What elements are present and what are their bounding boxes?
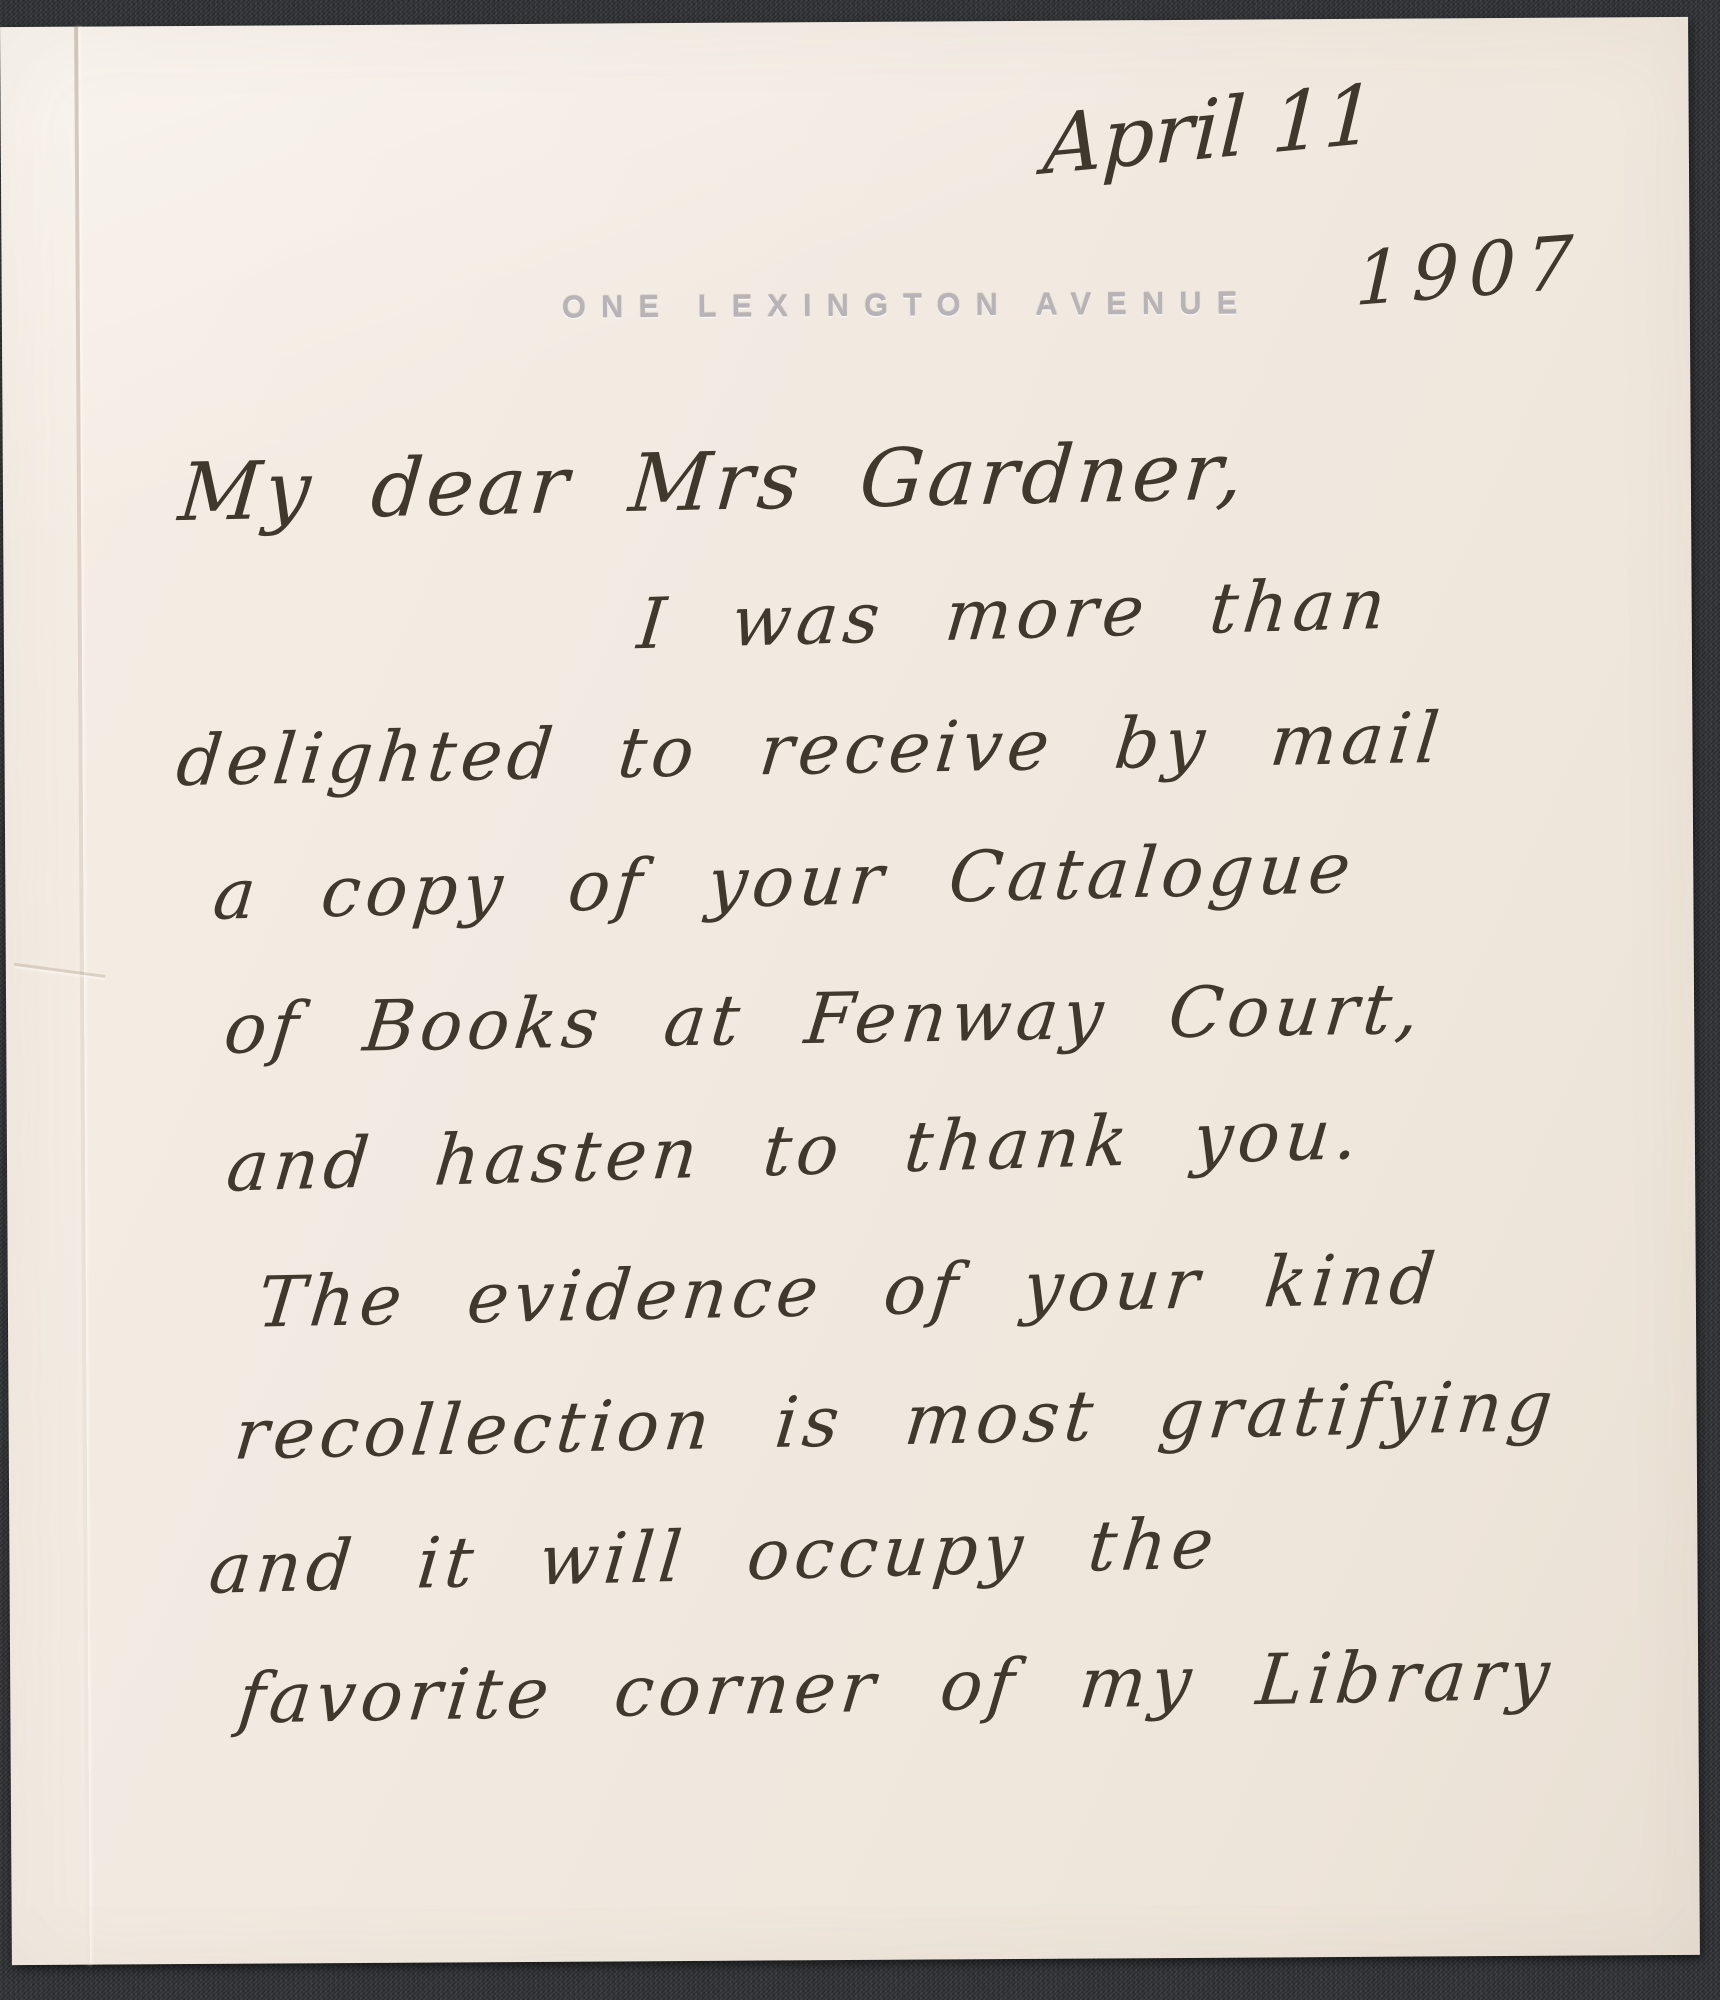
background-mat: ONE LEXINGTON AVENUE April 11 1907 My de… [0, 0, 1720, 2000]
body-line: and hasten to thank you. [223, 1093, 1366, 1208]
body-line: a copy of your Catalogue [210, 827, 1360, 936]
body-line: I was more than [634, 563, 1394, 666]
body-line: of Books at Fenway Court, [220, 968, 1428, 1070]
body-line: favorite corner of my Library [235, 1633, 1559, 1739]
salutation: My dear Mrs Gardner, [175, 425, 1251, 540]
fold-crease [74, 27, 90, 1965]
letter-paper: ONE LEXINGTON AVENUE April 11 1907 My de… [0, 17, 1700, 1965]
body-line: recollection is most gratifying [231, 1365, 1561, 1476]
body-line: The evidence of your kind [254, 1238, 1444, 1344]
date-year: 1907 [1354, 219, 1584, 323]
handling-crease [14, 963, 106, 978]
body-line: and it will occupy the [206, 1502, 1223, 1610]
date-month-day: April 11 [1041, 67, 1378, 194]
letterhead-embossed-text: ONE LEXINGTON AVENUE [562, 286, 1253, 326]
body-line: delighted to receive by mail [173, 697, 1448, 802]
